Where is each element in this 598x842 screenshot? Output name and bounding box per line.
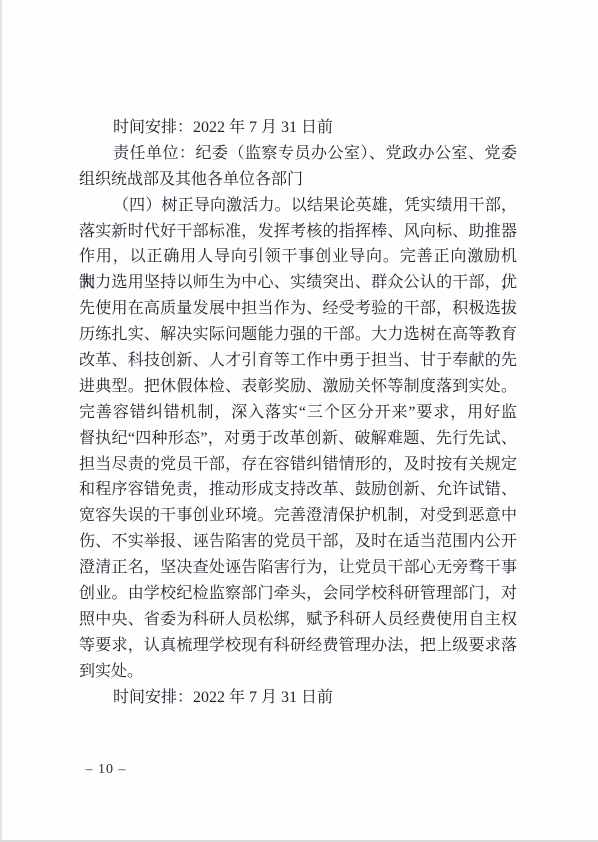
- page-number: – 10 –: [79, 761, 133, 779]
- text-line: （四）树正导向激活力。以结果论英雄，凭实绩用干部，: [79, 193, 517, 219]
- text-line: 时间安排：2022 年 7 月 31 日前: [79, 685, 517, 711]
- text-line: 落实新时代好干部标准，发挥考核的指挥棒、风向标、助推器: [79, 219, 517, 245]
- text-line: 时间安排：2022 年 7 月 31 日前: [79, 115, 517, 141]
- text-line: 和程序容错免责，推动形成支持改革、鼓励创新、允许试错、: [79, 477, 517, 503]
- text-line: 改革、科技创新、人才引育等工作中勇于担当、甘于奉献的先: [79, 348, 517, 374]
- text-line: 完善容错纠错机制，深入落实“三个区分开来”要求，用好监: [79, 400, 517, 426]
- text-line: 先使用在高质量发展中担当作为、经受考验的干部，积极选拔: [79, 296, 517, 322]
- text-line: 督执纪“四种形态”，对勇于改革创新、破解难题、先行先试、: [79, 426, 517, 452]
- text-line: 宽容失误的干事创业环境。完善澄清保护机制，对受到恶意中: [79, 503, 517, 529]
- text-line: 等要求，认真梳理学校现有科研经费管理办法，把上级要求落: [79, 633, 517, 659]
- text-line: 进典型。把休假体检、表彰奖励、激励关怀等制度落到实处。: [79, 374, 517, 400]
- text-line: 责任单位：纪委（监察专员办公室）、党政办公室、党委: [79, 141, 517, 167]
- text-line: 大力选用坚持以师生为中心、实绩突出、群众公认的干部，优: [79, 270, 517, 296]
- text-line: 组织统战部及其他各单位各部门: [79, 167, 517, 193]
- text-line: 历练扎实、解决实际问题能力强的干部。大力选树在高等教育: [79, 322, 517, 348]
- text-line: 伤、不实举报、诬告陷害的党员干部，及时在适当范围内公开: [79, 529, 517, 555]
- body-text-block: 时间安排：2022 年 7 月 31 日前 责任单位：纪委（监察专员办公室）、党…: [79, 115, 517, 710]
- page-left-edge-line: [0, 0, 2, 842]
- text-line: 创业。由学校纪检监察部门牵头，会同学校科研管理部门，对: [79, 581, 517, 607]
- text-line: 担当尽责的党员干部，存在容错纠错情形的，及时按有关规定: [79, 452, 517, 478]
- document-page: 时间安排：2022 年 7 月 31 日前 责任单位：纪委（监察专员办公室）、党…: [0, 0, 598, 842]
- text-line: 照中央、省委为科研人员松绑，赋予科研人员经费使用自主权: [79, 607, 517, 633]
- text-line: 澄清正名，坚决查处诬告陷害行为，让党员干部心无旁骛干事: [79, 555, 517, 581]
- text-line: 作用，以正确用人导向引领干事创业导向。完善正向激励机制，: [79, 244, 517, 270]
- text-line: 到实处。: [79, 659, 517, 685]
